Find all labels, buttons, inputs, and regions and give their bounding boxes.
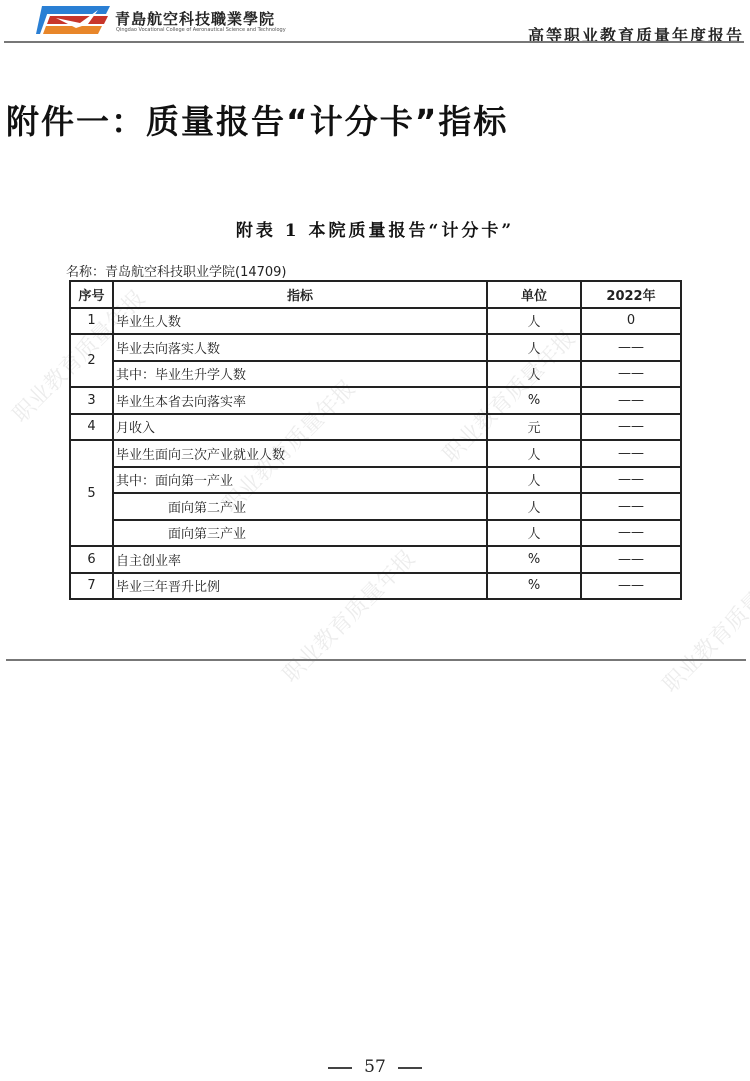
scorecard-table: 序号 指标 单位 2022年 1 毕业生人数 人 0 2 毕业去向落实人数 人 …	[69, 280, 682, 600]
row-indicator: 毕业生面向三次产业就业人数	[113, 440, 487, 467]
row-indicator: 月收入	[113, 414, 487, 441]
table-row: 2 毕业去向落实人数 人 ——	[70, 334, 681, 361]
row-unit: 人	[487, 520, 581, 547]
table-header-row: 序号 指标 单位 2022年	[70, 281, 681, 308]
school-name-en: Qingdao Vocational College of Aeronautic…	[116, 27, 286, 33]
row-value: ——	[581, 414, 681, 441]
row-indicator: 毕业生人数	[113, 308, 487, 335]
dash-right	[398, 1067, 422, 1069]
row-no: 6	[70, 546, 113, 573]
row-indicator: 毕业去向落实人数	[113, 334, 487, 361]
header-no: 序号	[70, 281, 113, 308]
row-unit: 人	[487, 334, 581, 361]
row-unit: 人	[487, 308, 581, 335]
row-value: ——	[581, 440, 681, 467]
row-value: ——	[581, 361, 681, 388]
school-name-label: 名称：青岛航空科技职业学院(14709)	[66, 261, 287, 280]
table-row: 7 毕业三年晋升比例 % ——	[70, 573, 681, 600]
school-name-cn: 青島航空科技職業學院	[115, 8, 275, 29]
header-indicator: 指标	[113, 281, 487, 308]
table-caption: 附表 1 本院质量报告“计分卡”	[0, 216, 750, 241]
row-unit: 人	[487, 493, 581, 520]
row-value: ——	[581, 520, 681, 547]
row-unit: 人	[487, 467, 581, 494]
table-row: 6 自主创业率 % ——	[70, 546, 681, 573]
table-row: 4 月收入 元 ——	[70, 414, 681, 441]
row-value: ——	[581, 467, 681, 494]
table-row: 面向第三产业 人 ——	[70, 520, 681, 547]
table-row: 面向第二产业 人 ——	[70, 493, 681, 520]
table-row: 1 毕业生人数 人 0	[70, 308, 681, 335]
row-no: 3	[70, 387, 113, 414]
page-number: 57	[0, 1057, 750, 1077]
row-unit: 人	[487, 440, 581, 467]
row-unit: 元	[487, 414, 581, 441]
header-divider-left	[4, 41, 374, 43]
header-year: 2022年	[581, 281, 681, 308]
table-row: 5 毕业生面向三次产业就业人数 人 ——	[70, 440, 681, 467]
table-row: 3 毕业生本省去向落实率 % ——	[70, 387, 681, 414]
row-indicator: 自主创业率	[113, 546, 487, 573]
row-no: 2	[70, 334, 113, 387]
row-value: ——	[581, 387, 681, 414]
dash-left	[328, 1067, 352, 1069]
row-indicator: 其中：面向第一产业	[113, 467, 487, 494]
row-value: ——	[581, 573, 681, 600]
content-divider	[6, 659, 746, 661]
page-header: 青島航空科技職業學院 Qingdao Vocational College of…	[0, 0, 750, 46]
row-indicator: 面向第三产业	[113, 520, 487, 547]
row-value: ——	[581, 546, 681, 573]
page-title: 附件一：质量报告“计分卡”指标	[6, 96, 508, 143]
row-no: 1	[70, 308, 113, 335]
table-row: 其中：面向第一产业 人 ——	[70, 467, 681, 494]
row-unit: %	[487, 546, 581, 573]
row-unit: 人	[487, 361, 581, 388]
row-indicator: 毕业生本省去向落实率	[113, 387, 487, 414]
row-indicator: 其中：毕业生升学人数	[113, 361, 487, 388]
row-no: 5	[70, 440, 113, 546]
row-value: ——	[581, 334, 681, 361]
row-value: ——	[581, 493, 681, 520]
header-divider-right	[374, 41, 744, 43]
row-unit: %	[487, 387, 581, 414]
row-indicator: 毕业三年晋升比例	[113, 573, 487, 600]
row-indicator: 面向第二产业	[113, 493, 487, 520]
row-unit: %	[487, 573, 581, 600]
row-value: 0	[581, 308, 681, 335]
header-unit: 单位	[487, 281, 581, 308]
row-no: 7	[70, 573, 113, 600]
table-row: 其中：毕业生升学人数 人 ——	[70, 361, 681, 388]
college-logo-icon	[36, 4, 112, 36]
row-no: 4	[70, 414, 113, 441]
page-number-value: 57	[364, 1057, 386, 1077]
